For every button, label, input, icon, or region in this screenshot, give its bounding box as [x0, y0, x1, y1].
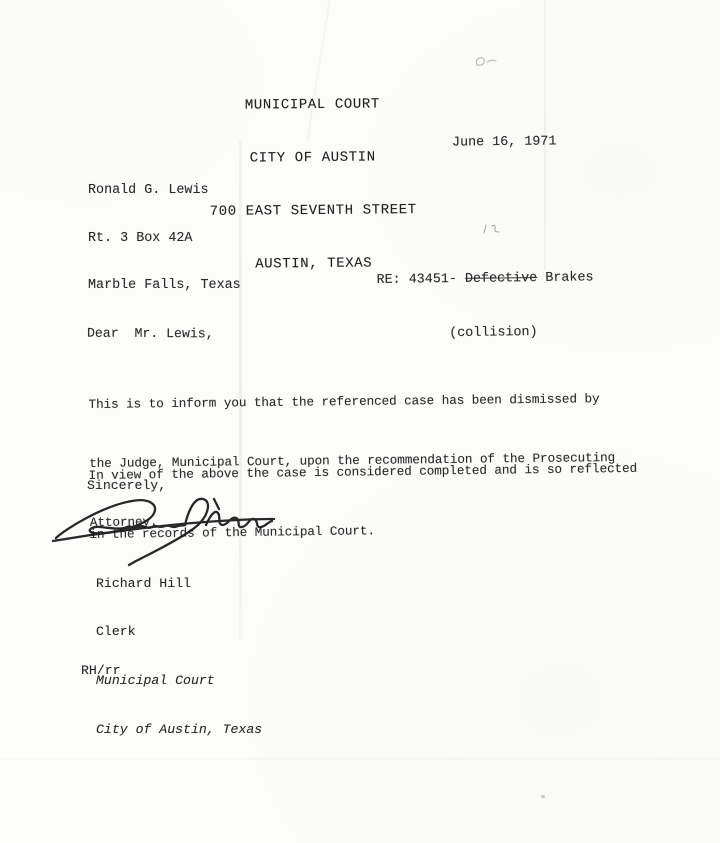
letterhead-line-court: MUNICIPAL COURT — [112, 95, 512, 116]
reference-note: (collision) — [377, 323, 594, 344]
date-line: June 16, 1971 — [452, 134, 557, 150]
scan-speck — [541, 795, 545, 798]
signature-location: City of Austin, Texas — [96, 722, 262, 738]
closing-line: Sincerely, — [87, 478, 166, 493]
recipient-name: Ronald G. Lewis — [88, 183, 241, 199]
recipient-street: Rt. 3 Box 42A — [88, 231, 241, 247]
recipient-block: Ronald G. Lewis Rt. 3 Box 42A Marble Fal… — [88, 151, 241, 326]
signature-block: Richard Hill Clerk Municipal Court City … — [96, 543, 262, 771]
letter-page: MUNICIPAL COURT CITY OF AUSTIN 700 EAST … — [0, 0, 720, 843]
body-line: In view of the above the case is conside… — [89, 459, 638, 486]
recipient-city: Marble Falls, Texas — [88, 278, 241, 294]
body-line: This is to inform you that the reference… — [88, 389, 614, 415]
signature-title: Clerk — [96, 624, 262, 640]
reference-line: RE: 43451- Defective Brakes — [376, 269, 593, 290]
reference-prefix: RE: 43451- — [376, 272, 465, 288]
signature-name: Richard Hill — [96, 576, 262, 592]
reference-subject-struck: Defective — [465, 271, 538, 287]
salutation-line: Dear Mr. Lewis, — [87, 326, 214, 342]
typist-initials: RH/rr — [81, 663, 121, 678]
reference-subject: Brakes — [537, 270, 593, 286]
